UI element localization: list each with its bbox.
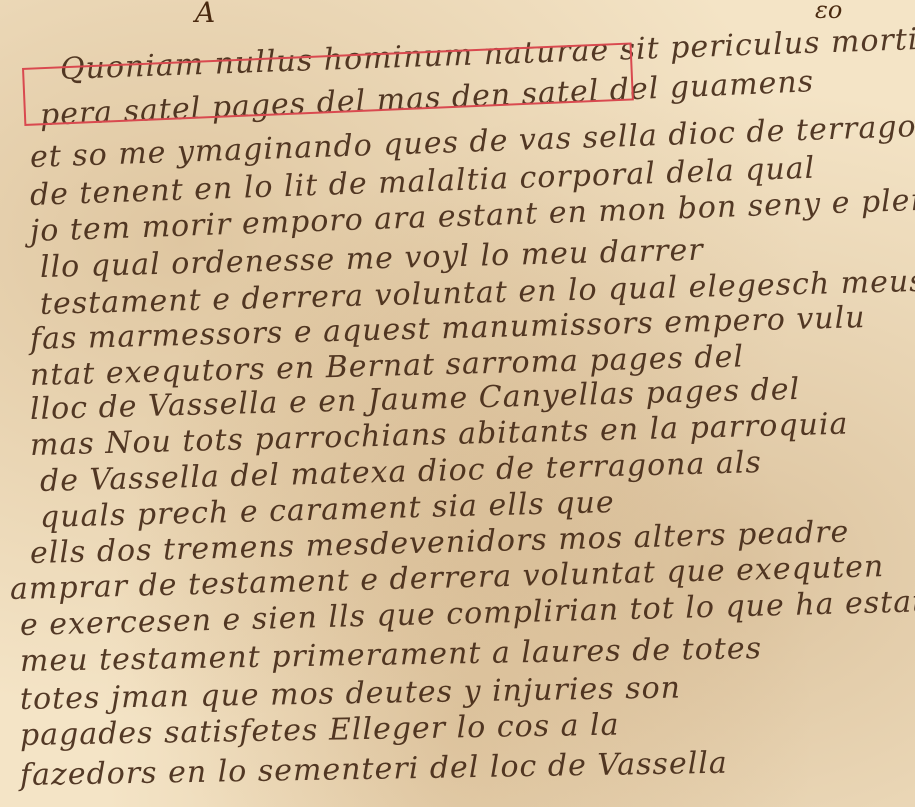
manuscript-page: A ɛo Quoniam nullus hominum naturae sit …	[0, 0, 915, 807]
text-line: fazedors en lo sementeri del loc de Vass…	[20, 746, 728, 793]
folio-mark: A	[195, 0, 215, 29]
folio-number: ɛo	[815, 0, 842, 24]
